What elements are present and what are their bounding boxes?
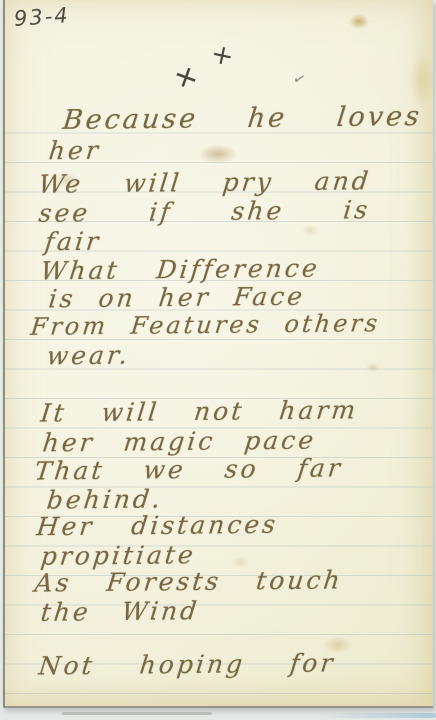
handwritten-line-11: her magic pace — [41, 428, 317, 456]
handwritten-line-13: behind. — [46, 486, 165, 512]
handwritten-line-14: Her distances — [35, 512, 279, 540]
handwritten-line-4: see if she is — [37, 197, 371, 225]
scan-background: 93-4 + + ✓ Because he loves her We will … — [0, 0, 436, 720]
handwritten-line-8: From Features others — [29, 311, 381, 339]
background-blue-strip — [316, 713, 436, 718]
handwritten-line-9: wear. — [46, 343, 132, 369]
handwritten-line-1: Because he loves — [61, 103, 423, 134]
handwritten-line-6: What Difference — [39, 256, 321, 284]
handwritten-line-7: is on her Face — [47, 284, 306, 312]
handwritten-line-12: That we so far — [33, 455, 344, 483]
handwritten-line-16: As Forests touch — [33, 567, 344, 595]
handwritten-line-17: the Wind — [39, 598, 200, 625]
handwritten-line-10: It will not harm — [39, 397, 359, 425]
cross-mark-icon: + — [168, 58, 203, 96]
handwritten-line-2: her — [48, 138, 103, 164]
check-mark-icon: ✓ — [291, 71, 307, 89]
archive-number-annotation: 93-4 — [13, 3, 70, 31]
manuscript-page: 93-4 + + ✓ Because he loves her We will … — [3, 0, 433, 708]
handwritten-line-3: We will pry and — [37, 168, 372, 196]
background-smudge — [62, 712, 212, 715]
handwritten-line-18: Not hoping for — [37, 650, 337, 678]
handwritten-line-15: propitiate — [40, 542, 198, 569]
foxing-stain — [349, 14, 369, 29]
handwritten-line-5: fair — [44, 229, 103, 255]
cross-mark-icon: + — [208, 40, 236, 71]
